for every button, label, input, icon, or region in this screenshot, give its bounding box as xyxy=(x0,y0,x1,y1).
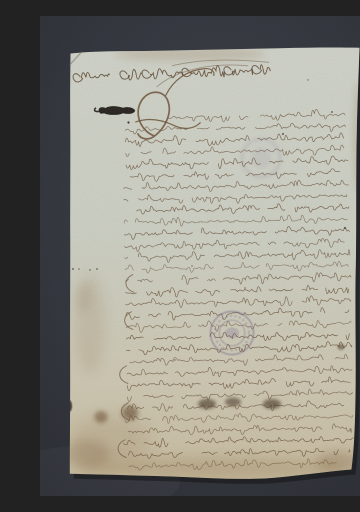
photo-grain-texture xyxy=(40,16,360,496)
manuscript-photo: Handwritten manuscript letter (aged arch… xyxy=(40,16,360,496)
manuscript-scan-canvas xyxy=(40,16,360,496)
